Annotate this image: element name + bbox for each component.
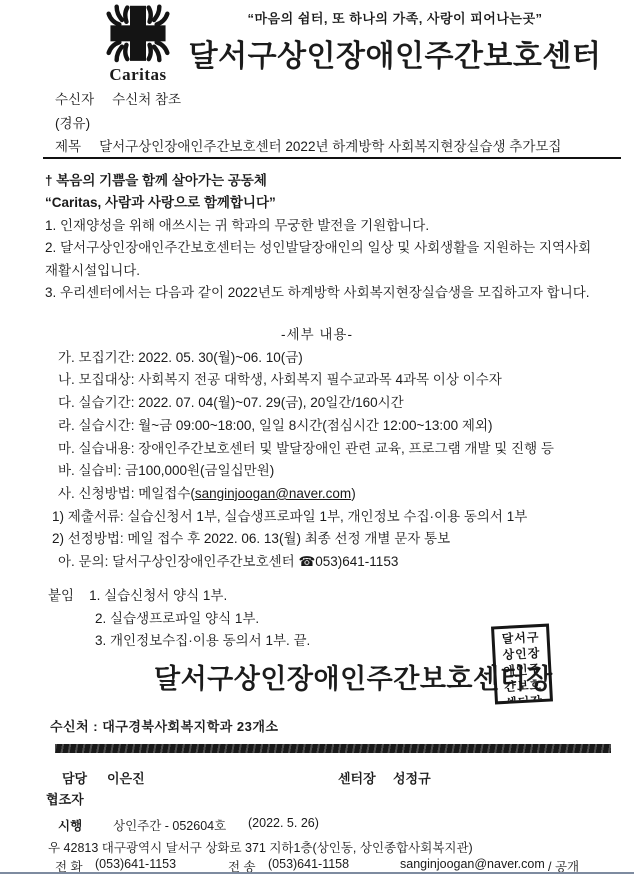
director-label: 센터장 [338, 768, 376, 787]
detail-sub-selection: 2) 선정방법: 메일 접수 후 2022. 06. 13(월) 최종 선정 개… [0, 528, 634, 551]
issue-label: 시행 [58, 816, 82, 834]
subject-label: 제목 [55, 139, 81, 154]
section-separator-bar [55, 744, 611, 753]
subject-value: 달서구상인장애인주간보호센터 2022년 하계방학 사회복지현장실습생 추가모집 [99, 139, 561, 154]
address-line: 우 42813 대구광역시 달서구 상화로 371 지하1층(상인동, 상인종합… [48, 838, 473, 856]
staff-label: 담당 [62, 768, 87, 787]
seal-text: 달서구상인장애인주간보호센터장인 [495, 629, 550, 705]
approval-row: 담당 이은진 센터장 성정규 [0, 768, 634, 788]
apply-email-link[interactable]: sanginjoogan@naver.com [195, 486, 351, 501]
caritas-logo-caption: Caritas [96, 65, 180, 85]
issue-date: (2022. 5. 26) [248, 816, 319, 830]
document-page: Caritas “마음의 쉼터, 또 하나의 가족, 사랑이 피어나는곳” 달서… [0, 0, 634, 874]
paragraph-2-line-2: 재활시설입니다. [45, 260, 611, 282]
detail-item-recruit-period: 가. 모집기간: 2022. 05. 30(월)~06. 10(금) [0, 347, 634, 370]
letterhead: “마음의 쉼터, 또 하나의 가족, 사랑이 피어나는곳” 달서구상인장애인주간… [180, 8, 610, 75]
fax-number: (053)641-1158 [268, 857, 349, 871]
footer-email: sanginjoogan@naver.com [400, 857, 545, 871]
attachment-row-1: 붙임1. 실습신청서 양식 1부. [48, 585, 310, 608]
letter-body: † 복음의 기쁨을 함께 살아가는 공동체 “Caritas, 사람과 사랑으로… [45, 170, 611, 304]
recipient-row: 수신자수신처 참조 [55, 88, 561, 112]
paragraph-3: 3. 우리센터에서는 다음과 같이 2022년도 하계방학 사회복지현장실습생을… [45, 282, 611, 304]
attachments-section: 붙임1. 실습신청서 양식 1부. 2. 실습생프로파일 양식 1부. 3. 개… [48, 585, 310, 653]
via-row: (경유) [55, 112, 561, 136]
official-seal-stamp: 달서구상인장애인주간보호센터장인 [491, 624, 553, 705]
letterhead-quote: “마음의 쉼터, 또 하나의 가족, 사랑이 피어나는곳” [180, 8, 610, 27]
caritas-logo: Caritas [96, 4, 180, 85]
apply-prefix: 사. 신청방법: 메일접수( [58, 486, 195, 501]
recipient-label: 수신자 [55, 92, 94, 107]
issue-number: 상인주간 - 052604호 [113, 816, 226, 834]
attachment-item-1: 1. 실습신청서 양식 1부. [89, 588, 227, 603]
attachment-item-2: 2. 실습생프로파일 양식 1부. [95, 608, 310, 631]
paragraph-1: 1. 인재양성을 위해 애쓰시는 귀 학과의 무궁한 발전을 기원합니다. [45, 215, 611, 237]
attachments-label: 붙임 [48, 585, 74, 608]
detail-sub-documents: 1) 제출서류: 실습신청서 1부, 실습생프로파일 1부, 개인정보 수집·이… [0, 506, 634, 529]
director-name: 성정규 [393, 768, 431, 787]
header-divider [43, 157, 621, 159]
staff-name: 이은진 [107, 768, 145, 787]
detail-item-inquiry: 아. 문의: 달서구상인장애인주간보호센터 ☎053)641-1153 [0, 551, 634, 574]
detail-item-practice-period: 다. 실습기간: 2022. 07. 04(월)~07. 29(금), 20일간… [0, 392, 634, 415]
paragraph-2-line-1: 2. 달서구상인장애인주간보호센터는 성인발달장애인의 일상 및 사회생활을 지… [45, 237, 611, 259]
apply-suffix: ) [351, 486, 356, 501]
detail-item-apply: 사. 신청방법: 메일접수(sanginjoogan@naver.com) [0, 483, 634, 506]
detail-item-practice-hours: 라. 실습시간: 월~금 09:00~18:00, 일일 8시간(점심시간 12… [0, 415, 634, 438]
document-meta: 수신자수신처 참조 (경유) 제목달서구상인장애인주간보호센터 2022년 하계… [55, 88, 561, 159]
attachment-item-3: 3. 개인정보수집·이용 동의서 1부. 끝. [95, 630, 310, 653]
details-title: -세부 내용- [0, 324, 634, 347]
cooperator-label: 협조자 [46, 789, 84, 808]
subject-row: 제목달서구상인장애인주간보호센터 2022년 하계방학 사회복지현장실습생 추가… [55, 135, 561, 159]
recipient-value: 수신처 참조 [112, 92, 181, 107]
detail-item-fee: 바. 실습비: 금100,000원(금일십만원) [0, 460, 634, 483]
caritas-cross-icon [102, 4, 174, 68]
tel-number: (053)641-1153 [95, 857, 176, 871]
detail-item-contents: 마. 실습내용: 장애인주간보호센터 및 발달장애인 관련 교육, 프로그램 개… [0, 438, 634, 461]
motto-line-1: † 복음의 기쁨을 함께 살아가는 공동체 [45, 170, 611, 192]
distribution-list: 수신처 : 대구경북사회복지학과 23개소 [50, 716, 279, 735]
organization-title: 달서구상인장애인주간보호센터 [180, 31, 610, 75]
detail-item-target: 나. 모집대상: 사회복지 전공 대학생, 사회복지 필수교과목 4과목 이상 … [0, 369, 634, 392]
motto-line-2: “Caritas, 사람과 사랑으로 함께합니다” [45, 192, 611, 214]
details-section: -세부 내용- 가. 모집기간: 2022. 05. 30(월)~06. 10(… [0, 324, 634, 574]
